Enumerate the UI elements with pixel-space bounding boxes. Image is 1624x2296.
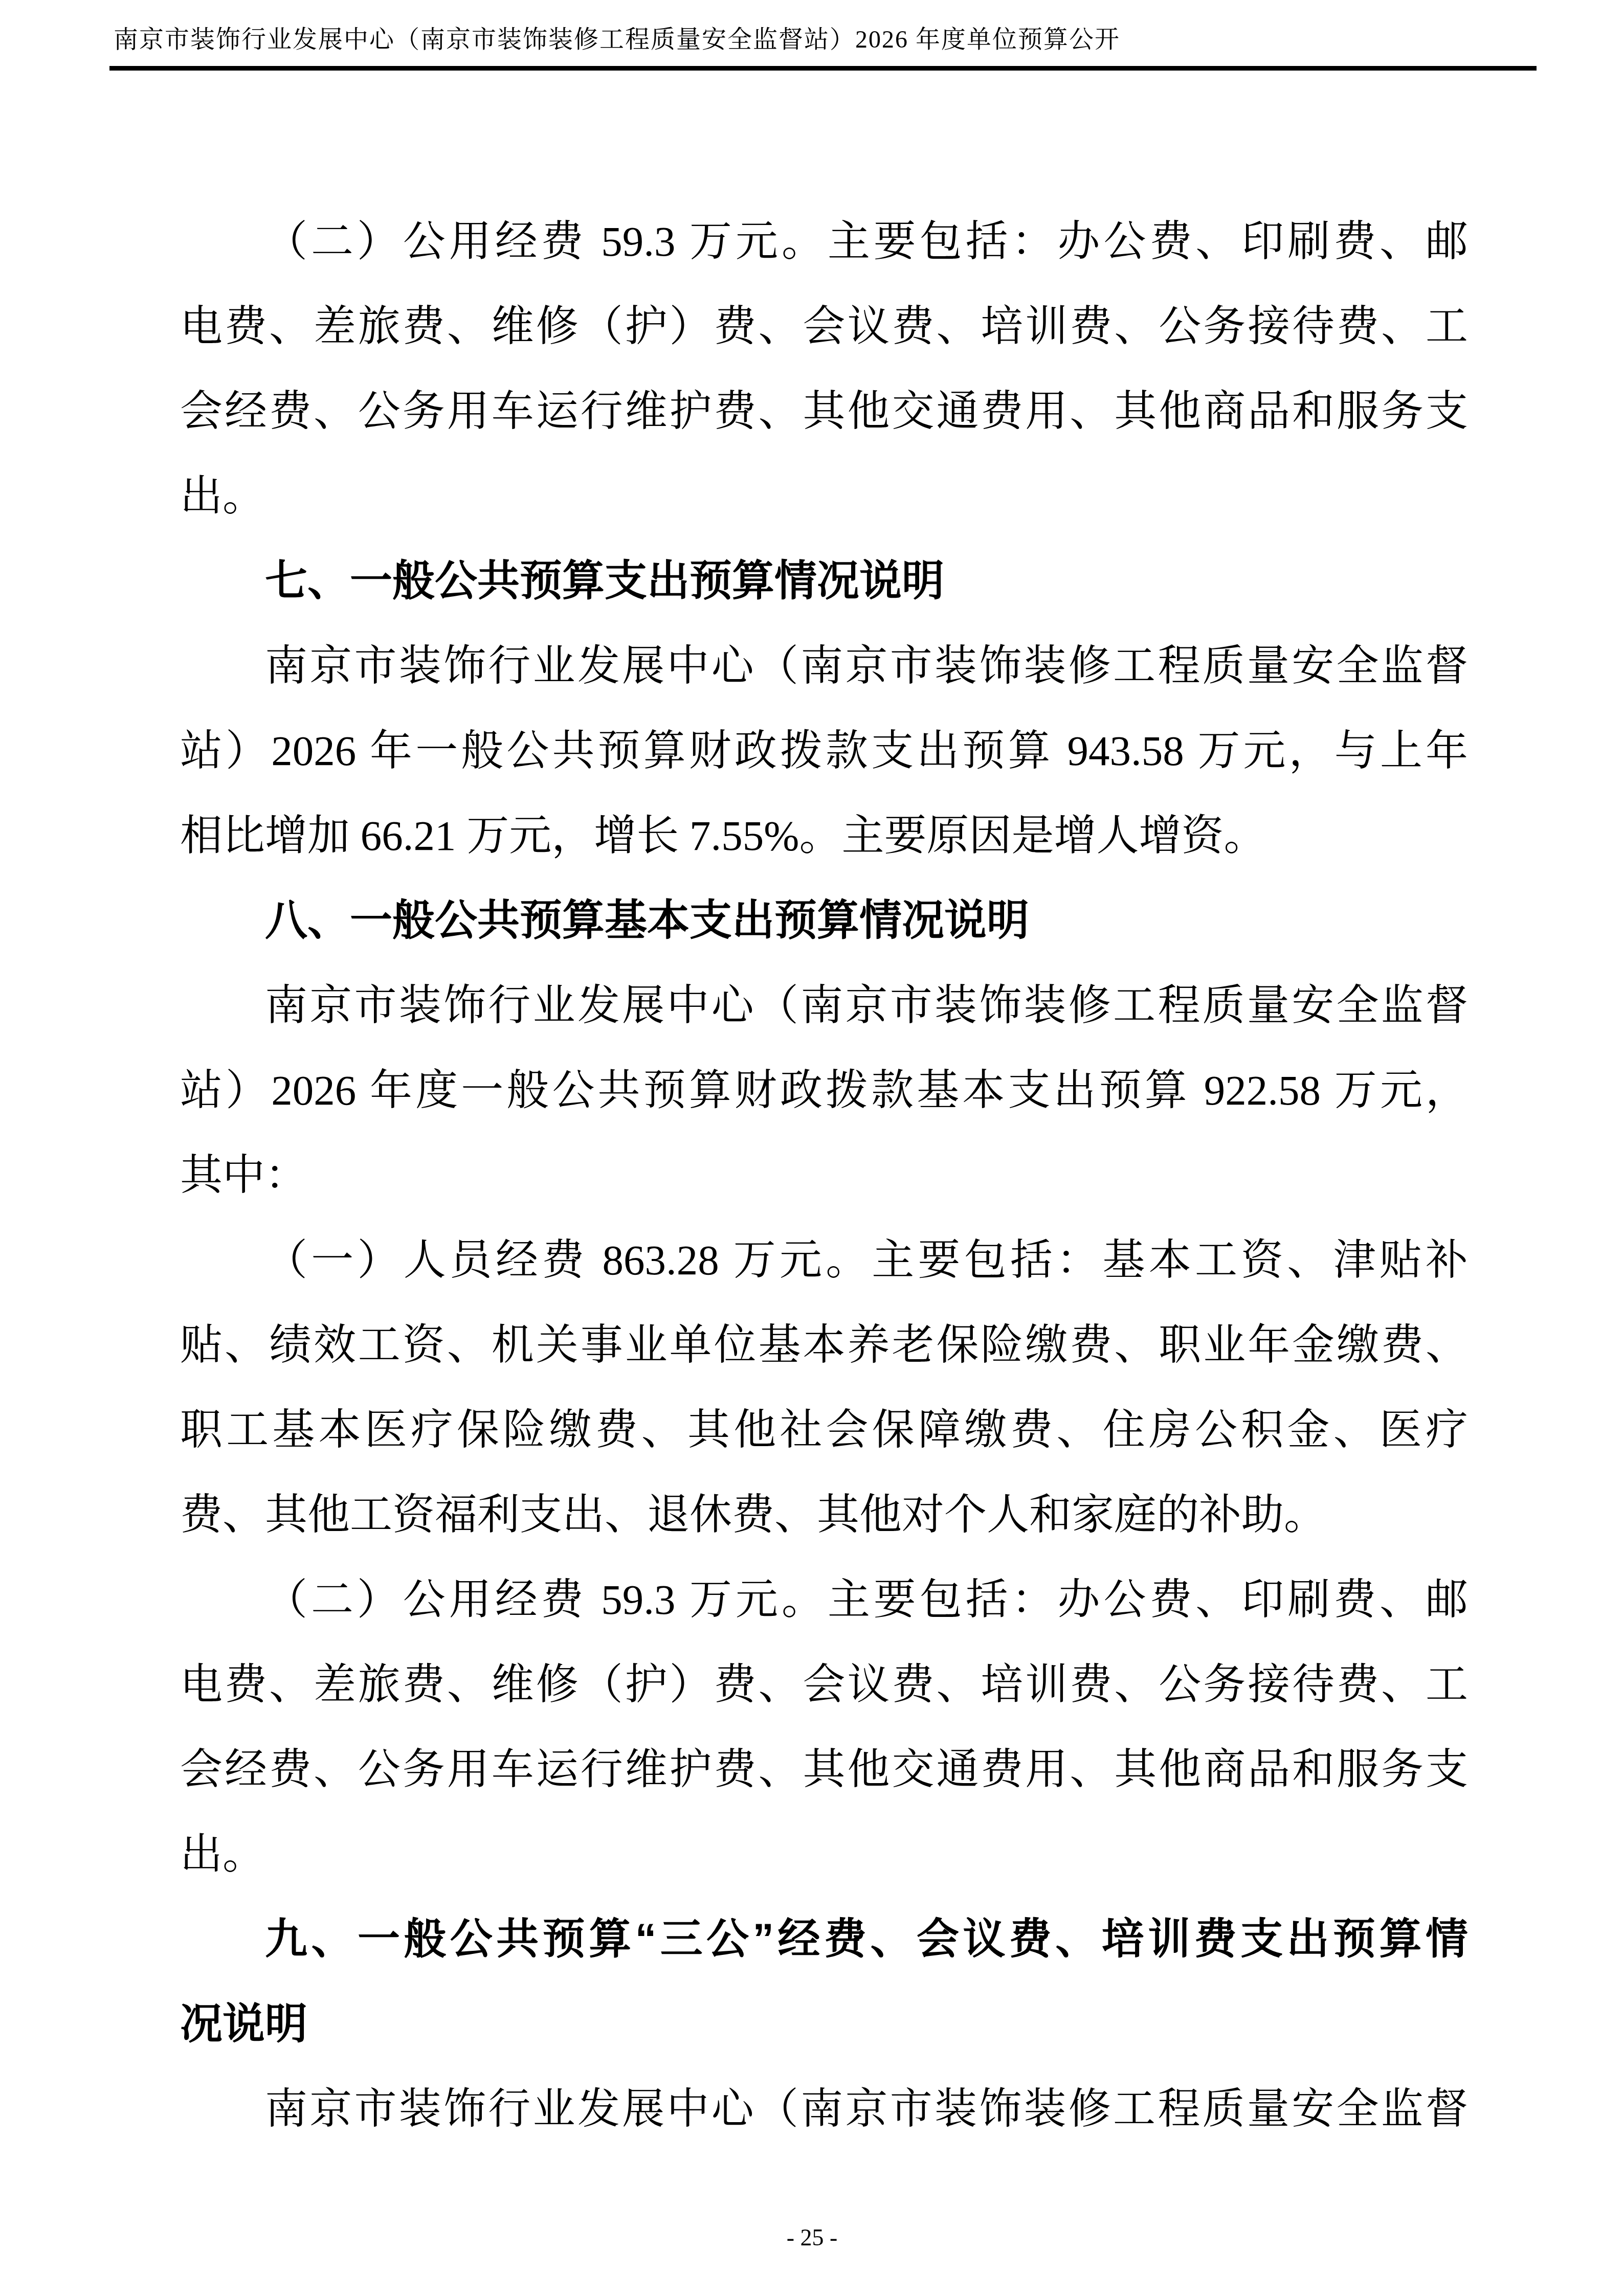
text-line: （一）人员经费 863.28 万元。主要包括：基本工资、津贴补 <box>180 1218 1468 1302</box>
text-line: 会经费、公务用车运行维护费、其他交通费用、其他商品和服务支 <box>180 1727 1468 1812</box>
text-line: 其中： <box>180 1133 1468 1218</box>
page-header-title: 南京市装饰行业发展中心（南京市装饰装修工程质量安全监督站）2026 年度单位预算… <box>114 26 1120 54</box>
text-line: 电费、差旅费、维修（护）费、会议费、培训费、公务接待费、工 <box>180 284 1468 369</box>
text-line: 南京市装饰行业发展中心（南京市装饰装修工程质量安全监督 <box>180 2066 1468 2151</box>
section-heading: 八、一般公共预算基本支出预算情况说明 <box>180 878 1468 963</box>
text-line: 出。 <box>180 454 1468 538</box>
text-line: 出。 <box>180 1812 1468 1897</box>
text-line: 费、其他工资福利支出、退休费、其他对个人和家庭的补助。 <box>180 1472 1468 1557</box>
section-heading: 九、一般公共预算“三公”经费、会议费、培训费支出预算情 <box>180 1897 1468 1982</box>
text-line: 职工基本医疗保险缴费、其他社会保障缴费、住房公积金、医疗 <box>180 1387 1468 1472</box>
text-line: （二）公用经费 59.3 万元。主要包括：办公费、印刷费、邮 <box>180 1557 1468 1642</box>
text-line: 南京市装饰行业发展中心（南京市装饰装修工程质量安全监督 <box>180 963 1468 1048</box>
text-line: 南京市装饰行业发展中心（南京市装饰装修工程质量安全监督 <box>180 623 1468 708</box>
document-body: （二）公用经费 59.3 万元。主要包括：办公费、印刷费、邮 电费、差旅费、维修… <box>180 199 1468 2151</box>
text-line: （二）公用经费 59.3 万元。主要包括：办公费、印刷费、邮 <box>180 199 1468 284</box>
text-line: 电费、差旅费、维修（护）费、会议费、培训费、公务接待费、工 <box>180 1642 1468 1727</box>
section-heading: 况说明 <box>180 1982 1468 2066</box>
page-number: - 25 - <box>0 2222 1624 2253</box>
text-line: 贴、绩效工资、机关事业单位基本养老保险缴费、职业年金缴费、 <box>180 1302 1468 1387</box>
text-line: 站）2026 年度一般公共预算财政拨款基本支出预算 922.58 万元， <box>180 1048 1468 1133</box>
document-page: 南京市装饰行业发展中心（南京市装饰装修工程质量安全监督站）2026 年度单位预算… <box>0 0 1624 2296</box>
text-line: 站）2026 年一般公共预算财政拨款支出预算 943.58 万元，与上年 <box>180 708 1468 793</box>
text-line: 会经费、公务用车运行维护费、其他交通费用、其他商品和服务支 <box>180 369 1468 454</box>
text-line: 相比增加 66.21 万元，增长 7.55%。主要原因是增人增资。 <box>180 793 1468 878</box>
header-divider-line <box>109 66 1537 71</box>
section-heading: 七、一般公共预算支出预算情况说明 <box>180 538 1468 623</box>
